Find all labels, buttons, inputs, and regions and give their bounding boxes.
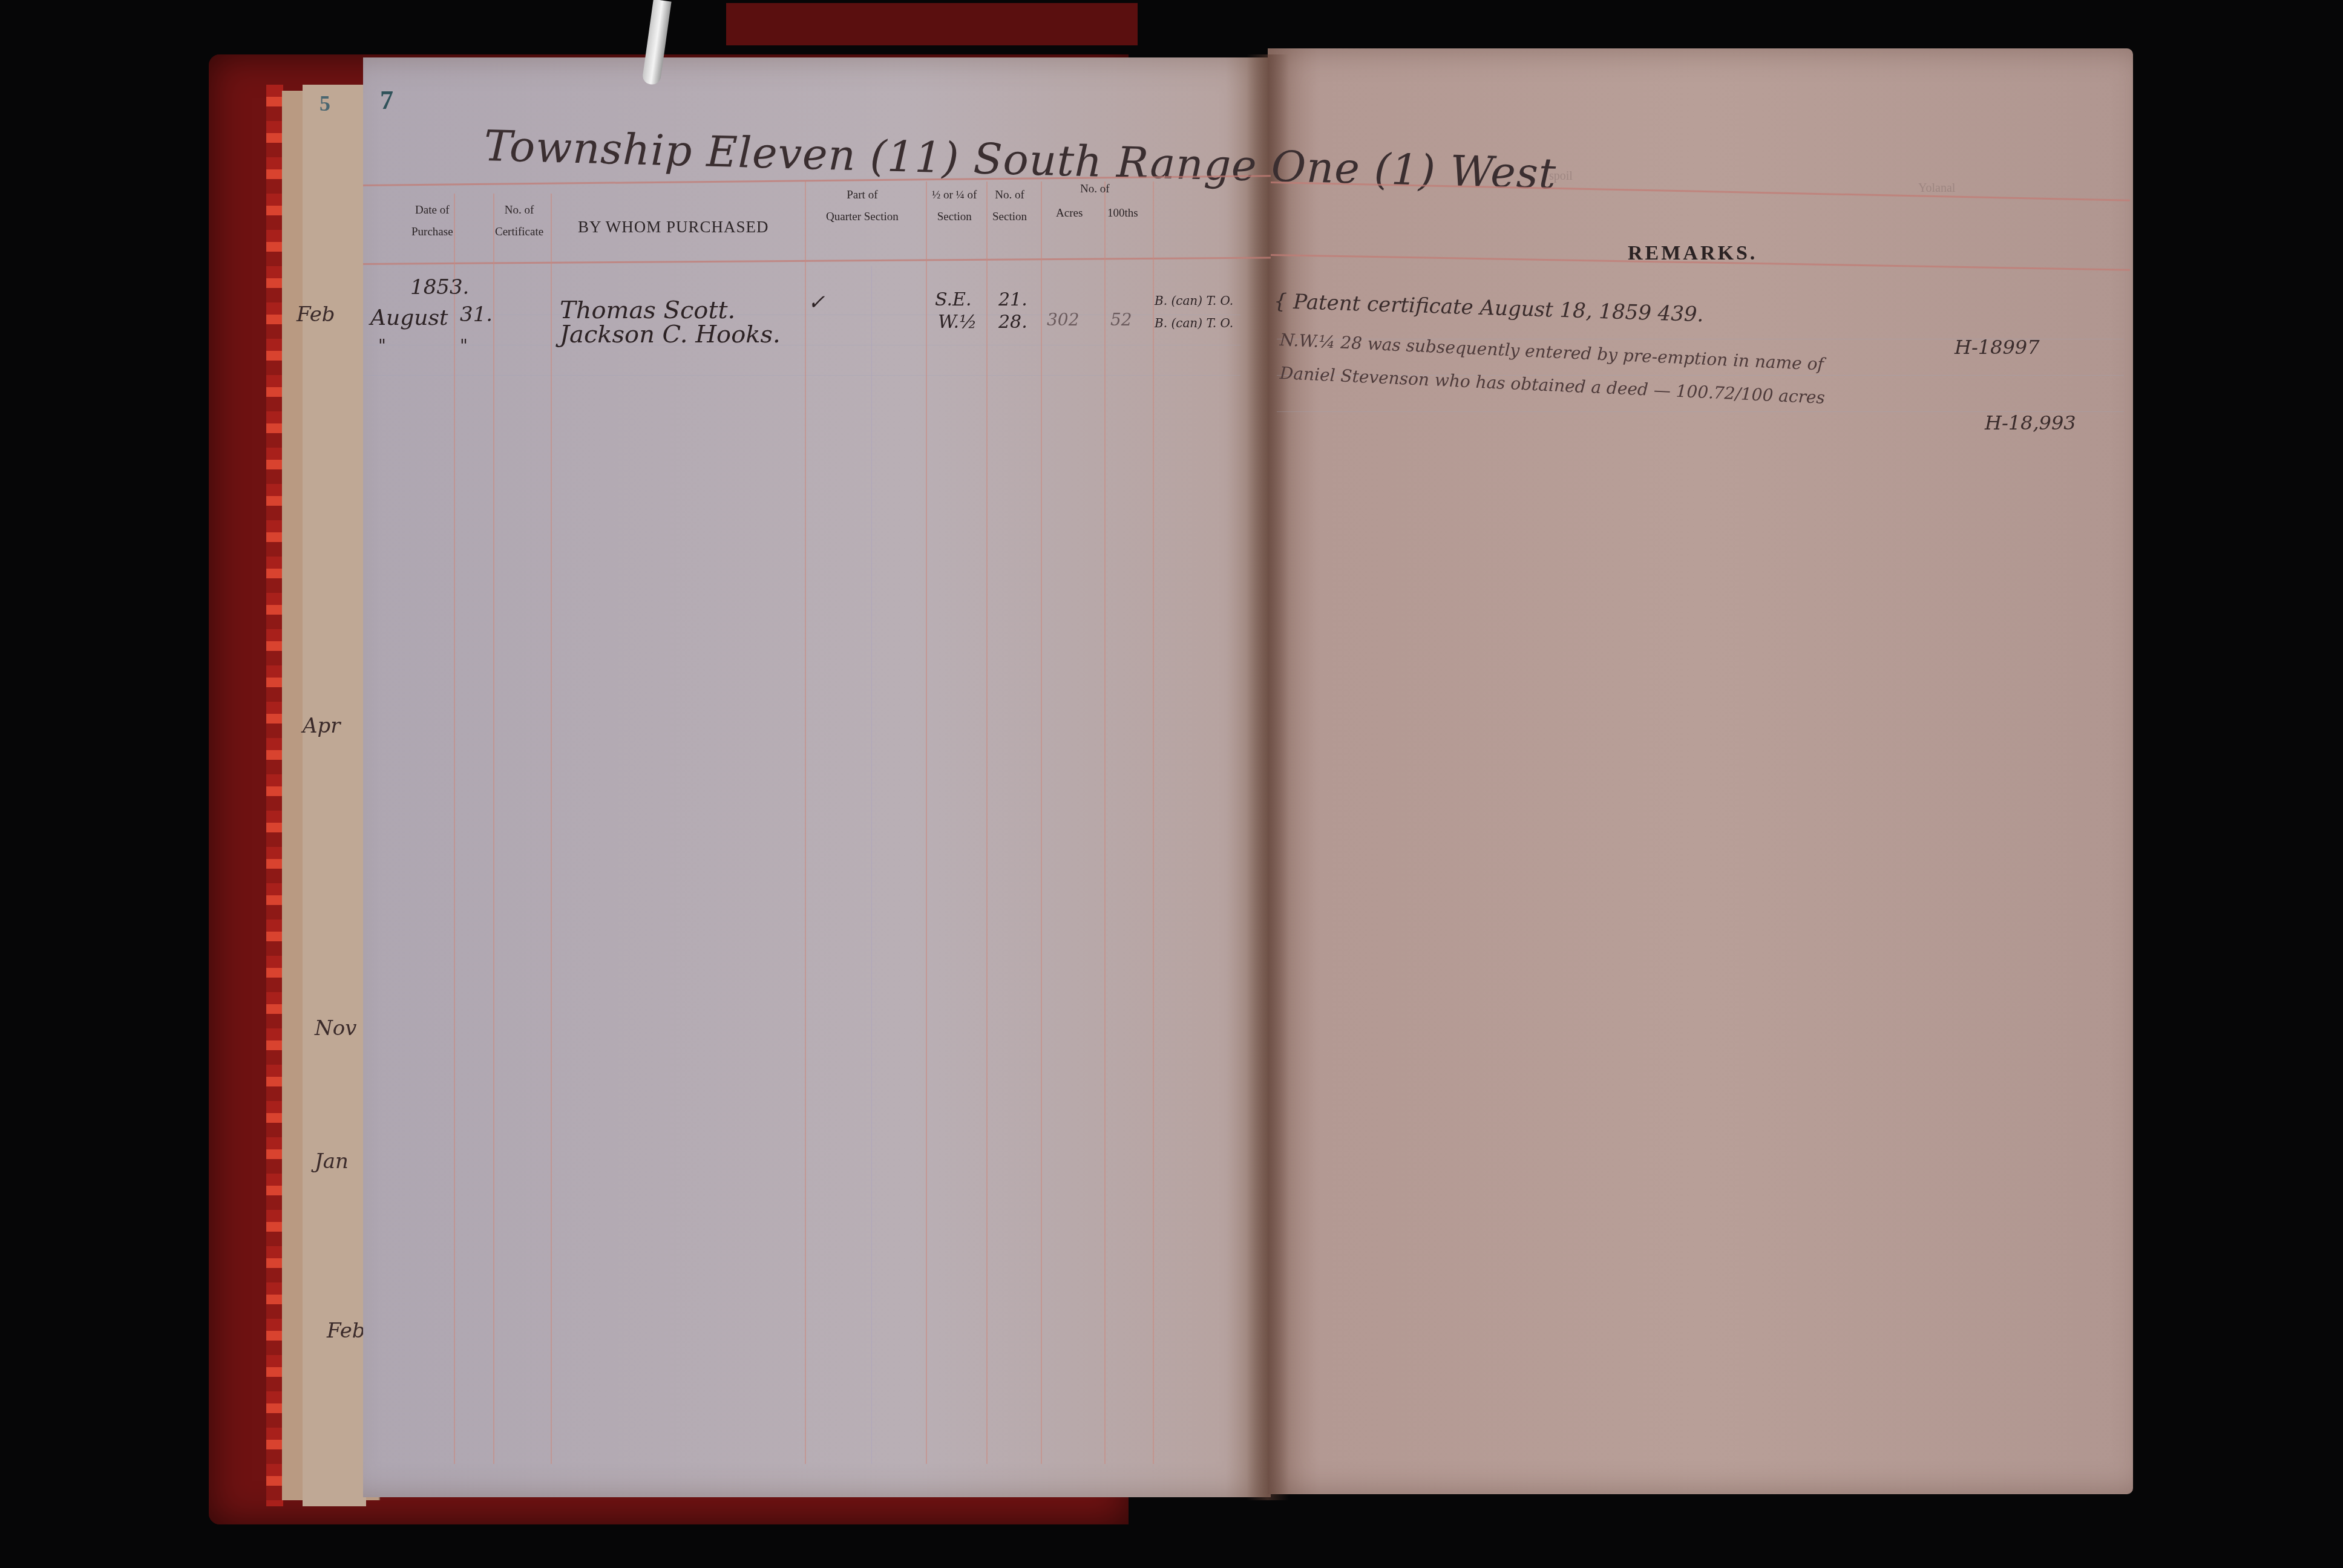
remark-reference: H-18997 xyxy=(1955,336,2040,359)
column-divider xyxy=(551,194,552,1464)
column-divider xyxy=(454,194,455,1464)
margin-note: Jan xyxy=(315,1149,349,1174)
header-by-whom-purchased: BY WHOM PURCHASED xyxy=(578,212,769,243)
page-number: 7 xyxy=(380,85,393,116)
column-divider xyxy=(1104,181,1106,1464)
header-part-of-quarter-section: Part ofQuarter Section xyxy=(826,185,899,228)
header-no-of: No. of xyxy=(1080,178,1110,200)
header-half-or-quarter: ½ or ¼ ofSection xyxy=(932,185,977,228)
right-ledger-page xyxy=(1268,48,2133,1494)
entry-certificate: 31. xyxy=(460,302,493,327)
remarks-heading: REMARKS. xyxy=(1628,242,1757,265)
entry-section: 21. xyxy=(998,289,1027,310)
column-divider xyxy=(1041,181,1042,1464)
column-divider xyxy=(1153,181,1154,1464)
entry-acres: 302 xyxy=(1047,310,1079,330)
column-divider xyxy=(805,181,806,1464)
margin-note: Feb xyxy=(327,1319,365,1343)
margin-note: Feb xyxy=(297,302,335,327)
entry-note: B. (can) T. O. xyxy=(1155,316,1233,330)
entry-purchaser: Jackson C. Hooks. xyxy=(560,321,781,348)
column-subdivider xyxy=(871,266,872,1464)
ledger-rule xyxy=(363,375,1240,376)
previous-leaf xyxy=(303,85,366,1506)
previous-leaf-number: 5 xyxy=(319,91,330,116)
remark-reference: H-18,993 xyxy=(1985,411,2076,434)
book-cover-top xyxy=(726,3,1138,45)
header-no-of-section: No. ofSection xyxy=(992,185,1027,228)
entry-year: 1853. xyxy=(410,275,469,299)
margin-note: Nov xyxy=(315,1016,356,1040)
entry-date: " xyxy=(378,336,386,356)
header-acres: Acres xyxy=(1056,203,1083,224)
entry-certificate: " xyxy=(460,336,468,356)
book-gutter xyxy=(1247,54,1289,1500)
entry-hundredths: 52 xyxy=(1110,310,1132,330)
header-hundredths: 100ths xyxy=(1107,203,1138,224)
header-no-of-certificate: No. ofCertificate xyxy=(495,200,543,243)
entry-part-of-section: S.E. xyxy=(935,289,971,310)
entry-check: ✓ xyxy=(808,290,825,315)
column-divider xyxy=(986,181,988,1464)
left-ledger-page xyxy=(363,57,1271,1497)
margin-note: Apr xyxy=(303,714,341,738)
header-date-of-purchase: Date ofPurchase xyxy=(411,200,453,243)
bleed-through-text: spoil xyxy=(1549,169,1573,183)
bleed-through-text: Yolanal xyxy=(1918,181,1955,195)
ledger-rule xyxy=(363,315,1240,315)
entry-date: August xyxy=(370,305,448,330)
column-divider xyxy=(926,181,927,1464)
entry-part-of-section: W.½ xyxy=(938,312,977,333)
marbled-edge xyxy=(266,85,283,1506)
entry-note: B. (can) T. O. xyxy=(1155,293,1233,308)
column-divider xyxy=(493,194,494,1464)
ledger-rule xyxy=(363,345,1240,345)
entry-section: 28. xyxy=(998,312,1027,333)
